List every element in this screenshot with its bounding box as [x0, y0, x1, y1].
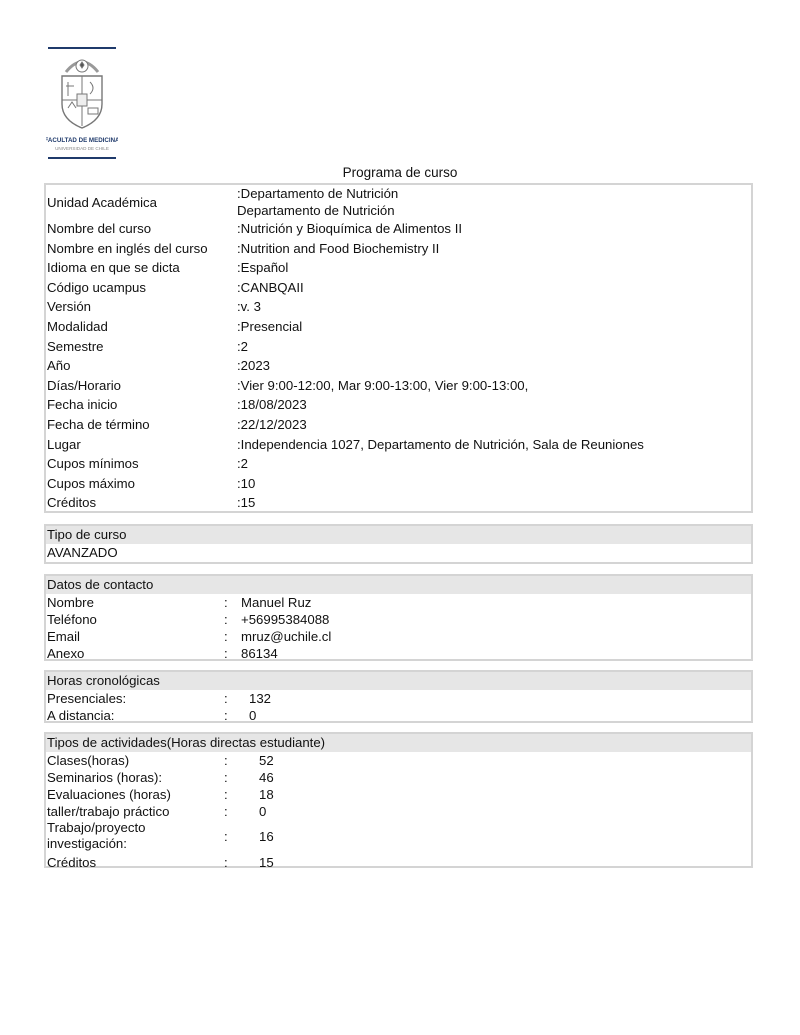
separator: : [224, 786, 228, 803]
info-row: Cupos máximo:10 [46, 474, 751, 494]
info-row: Días/Horario:Vier 9:00-12:00, Mar 9:00-1… [46, 376, 751, 396]
separator: : [224, 707, 228, 724]
info-value: :22/12/2023 [237, 415, 307, 435]
info-row: Versión:v. 3 [46, 297, 751, 317]
separator: : [224, 594, 228, 611]
separator: : [224, 803, 228, 820]
course-general-info: Unidad Académica :Departamento de Nutric… [44, 183, 753, 513]
info-row: Cupos mínimos:2 [46, 454, 751, 474]
info-label: Cupos máximo [47, 474, 135, 494]
info-row: Código ucampus:CANBQAII [46, 278, 751, 298]
activity-row: taller/trabajo práctico:0 [46, 803, 751, 820]
activity-label: Clases(horas) [47, 752, 129, 769]
contact-row: Teléfono:+56995384088 [46, 611, 751, 628]
activity-row: Clases(horas):52 [46, 752, 751, 769]
contact-section: Datos de contacto Nombre:Manuel Ruz Telé… [44, 574, 753, 661]
hours-value: 0 [249, 707, 256, 724]
info-value: :Presencial [237, 317, 302, 337]
activity-label: Trabajo/proyecto investigación: [47, 820, 167, 852]
activity-value: 0 [259, 803, 266, 820]
info-row: Idioma en que se dicta:Español [46, 258, 751, 278]
activity-value: 18 [259, 786, 274, 803]
info-label: Unidad Académica [47, 193, 157, 213]
contact-row: Nombre:Manuel Ruz [46, 594, 751, 611]
info-label: Año [47, 356, 70, 376]
activity-value: 52 [259, 752, 274, 769]
info-value: :v. 3 [237, 297, 261, 317]
section-header: Datos de contacto [46, 576, 751, 594]
info-row: Modalidad:Presencial [46, 317, 751, 337]
info-row: Año:2023 [46, 356, 751, 376]
separator: : [224, 752, 228, 769]
contact-row: Anexo:86134 [46, 645, 751, 662]
hours-label: Presenciales: [47, 690, 126, 707]
info-value: :2023 [237, 356, 270, 376]
info-label: Código ucampus [47, 278, 146, 298]
contact-label: Email [47, 628, 80, 645]
hours-value: 132 [249, 690, 271, 707]
contact-row: Email:mruz@uchile.cl [46, 628, 751, 645]
contact-label: Anexo [47, 645, 84, 662]
info-value: :2 [237, 337, 248, 357]
separator: : [224, 854, 228, 871]
info-label: Cupos mínimos [47, 454, 139, 474]
info-value: :CANBQAII [237, 278, 304, 298]
separator: : [224, 645, 228, 662]
info-value: :Vier 9:00-12:00, Mar 9:00-13:00, Vier 9… [237, 376, 528, 396]
info-label: Idioma en que se dicta [47, 258, 180, 278]
activity-value: 16 [259, 829, 274, 845]
info-label: Semestre [47, 337, 103, 357]
course-type-value: AVANZADO [46, 544, 751, 562]
activity-row: Seminarios (horas)::46 [46, 769, 751, 786]
section-header: Horas cronológicas [46, 672, 751, 690]
section-header: Tipos de actividades(Horas directas estu… [46, 734, 751, 752]
info-row: Nombre del curso:Nutrición y Bioquímica … [46, 219, 751, 239]
course-type-section: Tipo de curso AVANZADO [44, 524, 753, 564]
activity-row: Trabajo/proyecto investigación::16 [46, 820, 751, 854]
hours-section: Horas cronológicas Presenciales::132 A d… [44, 670, 753, 723]
info-value: :10 [237, 474, 255, 494]
info-value: :Nutrición y Bioquímica de Alimentos II [237, 219, 462, 239]
info-label: Versión [47, 297, 91, 317]
activity-row: Evaluaciones (horas):18 [46, 786, 751, 803]
info-label: Días/Horario [47, 376, 121, 396]
hours-row: A distancia::0 [46, 707, 751, 724]
activity-label: Créditos [47, 854, 96, 871]
activity-row: Créditos:15 [46, 854, 751, 871]
hours-row: Presenciales::132 [46, 690, 751, 707]
contact-value: +56995384088 [241, 611, 329, 628]
separator: : [224, 829, 228, 845]
info-value: :2 [237, 454, 248, 474]
info-row-unidad: Unidad Académica :Departamento de Nutric… [46, 185, 751, 221]
info-row: Semestre:2 [46, 337, 751, 357]
hours-label: A distancia: [47, 707, 114, 724]
contact-email[interactable]: mruz@uchile.cl [241, 628, 331, 645]
info-row: Créditos:15 [46, 493, 751, 513]
separator: : [224, 690, 228, 707]
separator: : [224, 611, 228, 628]
info-label: Fecha de término [47, 415, 150, 435]
info-label: Lugar [47, 435, 81, 455]
separator: : [224, 628, 228, 645]
contact-label: Nombre [47, 594, 94, 611]
activity-value: 46 [259, 769, 274, 786]
info-label: Créditos [47, 493, 96, 513]
info-label: Nombre en inglés del curso [47, 239, 208, 259]
activity-label: taller/trabajo práctico [47, 803, 169, 820]
contact-label: Teléfono [47, 611, 97, 628]
svg-text:FACULTAD DE MEDICINA: FACULTAD DE MEDICINA [46, 137, 118, 144]
page-title: Programa de curso [0, 165, 800, 180]
info-value: :15 [237, 493, 255, 513]
info-row: Fecha inicio:18/08/2023 [46, 395, 751, 415]
activity-value: 15 [259, 854, 274, 871]
info-row: Fecha de término:22/12/2023 [46, 415, 751, 435]
info-label: Nombre del curso [47, 219, 151, 239]
info-row: Lugar:Independencia 1027, Departamento d… [46, 435, 751, 455]
info-row: Nombre en inglés del curso:Nutrition and… [46, 239, 751, 259]
info-value: :Independencia 1027, Departamento de Nut… [237, 435, 644, 455]
info-label: Fecha inicio [47, 395, 117, 415]
section-header: Tipo de curso [46, 526, 751, 544]
contact-value: 86134 [241, 645, 278, 662]
activity-label: Seminarios (horas): [47, 769, 162, 786]
info-value: :Español [237, 258, 288, 278]
university-crest-icon: FACULTAD DE MEDICINA UNIVERSIDAD DE CHIL… [46, 46, 118, 160]
info-value: :Nutrition and Food Biochemistry II [237, 239, 439, 259]
activity-label: Evaluaciones (horas) [47, 786, 171, 803]
activities-section: Tipos de actividades(Horas directas estu… [44, 732, 753, 868]
separator: : [224, 769, 228, 786]
faculty-logo: FACULTAD DE MEDICINA UNIVERSIDAD DE CHIL… [46, 46, 118, 160]
contact-value: Manuel Ruz [241, 594, 311, 611]
svg-text:UNIVERSIDAD DE CHILE: UNIVERSIDAD DE CHILE [55, 146, 109, 151]
info-label: Modalidad [47, 317, 108, 337]
info-value: :18/08/2023 [237, 395, 307, 415]
info-value-line2: Departamento de Nutrición [237, 201, 395, 221]
